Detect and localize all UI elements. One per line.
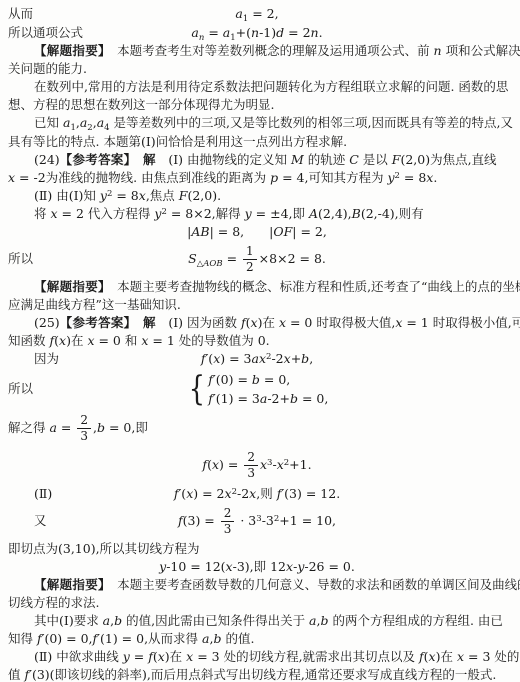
text-run: 在 [441, 649, 457, 664]
text-run: (Ⅱ) 中欲求曲线 [34, 649, 123, 664]
math-variable: n [311, 25, 319, 40]
text-line: 具有等比的特点. 本题第(Ⅰ)问恰恰是利用这一点列出方程求解. [8, 133, 512, 151]
text-run: 的轨迹 [304, 152, 349, 167]
text-run: (Ⅰ) 因为函数 [156, 315, 241, 330]
bold-label: 【参考答案】 解 [60, 152, 156, 167]
text-run: +( [236, 25, 251, 40]
text-run: 本题考查考生对等差数列概念的理解及运用通项公式、前 [105, 43, 434, 58]
formula-line: y-10 = 12(x-3),即 12x-y-26 = 0. [8, 558, 512, 576]
fraction: 23 [244, 451, 258, 480]
text-run: 的值. [221, 631, 254, 646]
math-variable: S [188, 251, 197, 266]
text-run: 切线方程的求法. [8, 595, 99, 610]
text-run: = 0 [105, 420, 131, 435]
text-run: = 2 代入方程得 [58, 206, 155, 221]
math-variable: a [103, 613, 110, 628]
text-line: 关问题的能力. [8, 60, 512, 78]
subscript: △AOB [197, 259, 223, 269]
math-variable: y [123, 649, 130, 664]
math-variable: b [114, 613, 122, 628]
text-line: 即切点为(3,10),所以其切线方程为 [8, 540, 512, 558]
fraction-denominator: 3 [221, 521, 235, 536]
text-run: 知函数 [8, 333, 49, 348]
text-run: = 0, [298, 391, 328, 406]
text-run: (2,4), [318, 206, 352, 221]
text-run: ,解得 [212, 206, 245, 221]
math-variable: b [320, 613, 328, 628]
text-run: (Ⅱ) 由(Ⅰ)知 [34, 188, 100, 203]
text-run: ,即 [131, 420, 147, 435]
fraction-denominator: 2 [243, 259, 257, 274]
formula-line: 又f(3) = 23 · 33-32+1 = 10, [8, 503, 512, 540]
formula-line: 所以通项公式an = a1+(n-1)d = 2n. [8, 24, 512, 43]
text-run: = -2为准线的抛物线. 由焦点到准线的距离为 [15, 170, 270, 185]
document-page: 从而a1 = 2,所以通项公式an = a1+(n-1)d = 2n.【解题指要… [0, 0, 520, 682]
text-run: = [57, 420, 75, 435]
text-run: 所以 [8, 251, 33, 266]
text-run: ) = 2 [193, 486, 224, 501]
text-run: = 2, [248, 6, 278, 21]
math-variable: f′ [93, 631, 100, 646]
math-variable: x [226, 559, 233, 574]
math-variable: y [245, 206, 252, 221]
text-run: 本题主要考查抛物线的概念、标准方程和性质,还考查了“曲线上的点的坐标 [105, 279, 520, 294]
math-variable: AOB [203, 259, 222, 269]
text-run: = [223, 251, 241, 266]
text-line: (24)【参考答案】 解 (Ⅰ) 由抛物线的定义知 M 的轨迹 C 是以 F(2… [8, 151, 512, 169]
text-line: 将 x = 2 代入方程得 y2 = 8×2,解得 y = ±4,即 A(2,4… [8, 205, 512, 223]
text-run: 又 [34, 513, 47, 528]
line-left-label: 所以 [8, 380, 33, 398]
text-line: 知得 f′(0) = 0,f′(1) = 0,从而求得 a,b 的值. [8, 630, 512, 648]
math-variable: x [139, 188, 146, 203]
text-run: = [204, 25, 222, 40]
text-run: (2,0). [187, 188, 221, 203]
bold-label: 【解题指要】 [34, 279, 105, 294]
text-run: ,焦点 [146, 188, 179, 203]
text-run: (1) = 3 [216, 391, 260, 406]
fraction-numerator: 2 [244, 451, 258, 465]
text-run: -3) [233, 559, 250, 574]
text-run: 时取得极大值, [312, 315, 395, 330]
text-line: 已知 a1,a2,a4 是等差数列中的三项,又是等比数列的相邻三项,因而既具有等… [8, 114, 512, 133]
text-run: 12 [270, 559, 286, 574]
math-variable: f′ [208, 372, 215, 387]
text-run: (24) [34, 152, 60, 167]
fraction-numerator: 2 [221, 507, 235, 521]
text-run: . [319, 25, 323, 40]
math-variable: b [290, 391, 298, 406]
text-run: · 3 [236, 513, 256, 528]
text-run: (0) = 0, [44, 631, 92, 646]
text-run: 在 [71, 333, 87, 348]
text-run: | = 2, [292, 224, 327, 239]
text-line: 【解题指要】 本题主要考查抛物线的概念、标准方程和性质,还考查了“曲线上的点的坐… [8, 278, 512, 296]
text-run: . [433, 170, 437, 185]
math-variable: p [270, 170, 278, 185]
text-line: 想、方程的思想在数列这一部分体现得尤为明显. [8, 96, 512, 114]
text-line: 应满足曲线方程”这一基础知识. [8, 296, 512, 314]
text-run: = ±4 [252, 206, 289, 221]
math-variable: M [291, 152, 304, 167]
text-run: 处的导数 [490, 649, 520, 664]
math-variable: AB [191, 224, 209, 239]
math-variable: x [429, 649, 436, 664]
math-variable: n [434, 43, 442, 58]
text-run: = 8×2 [167, 206, 212, 221]
math-variable: ax [252, 351, 267, 366]
text-line: (Ⅱ) 由(Ⅰ)知 y2 = 8x,焦点 F(2,0). [8, 187, 512, 205]
bold-label: 【解题指要】 [34, 43, 105, 58]
text-line: 在数列中,常用的方法是利用待定系数法把问题转化为方程组联立求解的问题. 函数的思 [8, 78, 512, 96]
math-variable: x [457, 649, 464, 664]
math-variable: b [301, 351, 309, 366]
text-run: = 8 [112, 188, 138, 203]
fraction-numerator: 2 [77, 414, 91, 428]
text-run: = 1 [148, 333, 174, 348]
text-run: (即该切线的斜率),而后用点斜式写出切线方程,通常还要求写成直线方程的一般式. [50, 667, 497, 682]
line-left-label: 所以 [8, 250, 33, 268]
text-run: 应满足曲线方程”这一基础知识. [8, 297, 181, 312]
math-variable: x [260, 457, 267, 472]
text-run: 的两个方程组成的方程组. 由已 [329, 613, 503, 628]
text-run: 具有等比的特点. 本题第(Ⅰ)问恰恰是利用这一点列出方程求解. [8, 134, 347, 149]
text-line: 【解题指要】 本题考查考生对等差数列概念的理解及运用通项公式、前 n 项和公式解… [8, 42, 512, 60]
text-run: = 3 [464, 649, 490, 664]
text-run: (2,0)为焦点,直线 [400, 152, 496, 167]
math-variable: x [284, 351, 291, 366]
math-variable: y [387, 170, 394, 185]
text-run: 因为 [34, 351, 59, 366]
math-variable: n [251, 25, 259, 40]
line-left-label: (Ⅱ) [34, 485, 52, 503]
text-line: (Ⅱ) 中欲求曲线 y = f(x)在 x = 3 处的切线方程,就需求出其切点… [8, 648, 512, 666]
text-run: 在 [262, 315, 278, 330]
fraction-numerator: 1 [243, 245, 257, 259]
text-run: = 3 [193, 649, 219, 664]
text-run: (Ⅰ) 由抛物线的定义知 [156, 152, 291, 167]
formula-line: 从而a1 = 2, [8, 5, 512, 24]
text-run: 想、方程的思想在数列这一部分体现得尤为明显. [8, 97, 274, 112]
text-run: (0) = [216, 372, 252, 387]
line-left-label: 又 [34, 512, 47, 530]
text-run: 处的导数值为 0. [175, 333, 270, 348]
text-run: 是等差数列中的三项,又是等比数列的相邻三项,因而既具有等差的特点,又 [110, 115, 513, 130]
text-run: 即切点为(3,10),所以其切线方程为 [8, 541, 200, 556]
math-variable: b [97, 420, 105, 435]
text-run: 在数列中,常用的方法是利用待定系数法把问题转化为方程组联立求解的问题. 函数的思 [34, 79, 508, 94]
text-run: 已知 [34, 115, 63, 130]
text-run: 其中(Ⅰ)要求 [34, 613, 103, 628]
text-run: 所以通项公式 [8, 25, 83, 40]
text-run: 所以 [8, 381, 33, 396]
math-variable: B [352, 206, 361, 221]
text-run: -2 [237, 486, 249, 501]
text-line: 切线方程的求法. [8, 594, 512, 612]
text-run: 时取得极小值,可 [429, 315, 520, 330]
text-run: +1. [289, 457, 311, 472]
text-run: 关问题的能力. [8, 61, 87, 76]
formula-line: |AB| = 8, |OF| = 2, [8, 223, 512, 241]
text-run: 将 [34, 206, 50, 221]
math-variable: f′ [24, 667, 31, 682]
bold-label: 【解题指要】 [34, 577, 105, 592]
math-variable: x [251, 315, 258, 330]
text-run: = 4,可知其方程为 [278, 170, 387, 185]
text-run: -2 [271, 351, 283, 366]
formula-line: (Ⅱ)f′(x) = 2x2-2x,则 f′(3) = 12. [8, 485, 512, 503]
text-run: (Ⅱ) [34, 486, 52, 501]
formula-line: f(x) = 23x3-x2+1. [8, 447, 512, 484]
text-run: 是以 [359, 152, 392, 167]
math-variable: x [87, 333, 94, 348]
math-variable: A [309, 206, 318, 221]
line-left-label: 所以通项公式 [8, 24, 83, 42]
text-run: (3) = [183, 513, 219, 528]
math-variable: a [309, 613, 316, 628]
equation-row: f′(0) = b = 0, [208, 370, 328, 389]
text-line: 其中(Ⅰ)要求 a,b 的值,因此需由已知条件得出关于 a,b 的两个方程组成的… [8, 612, 512, 630]
text-run: = 1 [402, 315, 428, 330]
text-run: +1 = 10, [279, 513, 336, 528]
math-variable: f′ [208, 391, 215, 406]
text-run: ,则 [256, 486, 276, 501]
math-variable: x [212, 457, 219, 472]
text-run: -1) [259, 25, 276, 40]
text-line: 解之得 a = 23,b = 0,即 [8, 410, 512, 447]
text-run: -2+ [267, 391, 290, 406]
formula-line: 所以{f′(0) = b = 0,f′(1) = 3a-2+b = 0, [8, 368, 512, 410]
fraction-denominator: 3 [244, 465, 258, 480]
text-run: 的值,因此需由已知条件得出关于 [122, 613, 309, 628]
equation-system: {f′(0) = b = 0,f′(1) = 3a-2+b = 0, [186, 370, 329, 408]
math-variable: x [225, 486, 232, 501]
left-brace: { [188, 380, 204, 398]
text-run: 解之得 [8, 420, 49, 435]
math-variable: x [158, 649, 165, 664]
fraction: 12 [243, 245, 257, 274]
line-left-label: 因为 [34, 350, 59, 368]
text-run: = 0 [95, 333, 121, 348]
text-run: 本题主要考查函数导数的几何意义、导数的求法和函数的单调区间及曲线的 [105, 577, 520, 592]
fraction-denominator: 3 [77, 428, 91, 443]
text-run: -26 = 0. [304, 559, 354, 574]
text-run: (3) [32, 667, 50, 682]
text-run: | = 8, | [210, 224, 274, 239]
math-variable: OF [273, 224, 292, 239]
text-run: (1) = 0 [100, 631, 144, 646]
math-variable: y [100, 188, 107, 203]
text-line: (25)【参考答案】 解 (Ⅰ) 因为函数 f(x)在 x = 0 时取得极大值… [8, 314, 512, 332]
text-run: (2,-4),则有 [361, 206, 424, 221]
text-run: = [130, 649, 148, 664]
text-run: ,即 [289, 206, 309, 221]
text-run: 知得 [8, 631, 37, 646]
math-variable: b [252, 372, 260, 387]
bold-label: 【参考答案】 解 [60, 315, 156, 330]
text-run: = 8 [400, 170, 426, 185]
fraction: 23 [221, 507, 235, 536]
text-run: = 2 [284, 25, 310, 40]
text-run: ,从而求得 [144, 631, 202, 646]
text-run: 值 [8, 667, 24, 682]
text-run: = 0 [286, 315, 312, 330]
formula-line: 因为f′(x) = 3ax2-2x+b, [8, 350, 512, 368]
equation-row: f′(1) = 3a-2+b = 0, [208, 389, 328, 408]
math-variable: x [277, 457, 284, 472]
text-run: = 0, [260, 372, 290, 387]
math-variable: a [235, 6, 242, 21]
equation-system-rows: f′(0) = b = 0,f′(1) = 3a-2+b = 0, [208, 370, 328, 408]
text-run: 从而 [8, 6, 33, 21]
fraction: 23 [77, 414, 91, 443]
text-line: 知函数 f(x)在 x = 0 和 x = 1 处的导数值为 0. [8, 332, 512, 350]
text-run: ×8×2 = 8. [259, 251, 326, 266]
text-run: ) = 3 [220, 351, 251, 366]
formula-line: 所以S△AOB = 12×8×2 = 8. [8, 241, 512, 278]
text-run: (25) [34, 315, 60, 330]
math-variable: d [276, 25, 284, 40]
text-run: 在 [170, 649, 186, 664]
text-run: 项和公式解决有 [442, 43, 520, 58]
text-run: 处的切线方程,就需求出其切点以及 [220, 649, 419, 664]
text-run: ,即 [250, 559, 270, 574]
math-variable: a [49, 420, 56, 435]
text-line: x = -2为准线的抛物线. 由焦点到准线的距离为 p = 4,可知其方程为 y… [8, 169, 512, 187]
text-line: 【解题指要】 本题主要考查函数导数的几何意义、导数的求法和函数的单调区间及曲线的 [8, 576, 512, 594]
text-run: (3) = 12. [284, 486, 340, 501]
line-left-label: 从而 [8, 5, 33, 23]
math-variable: x [8, 170, 15, 185]
math-variable: x [50, 206, 57, 221]
text-run: ) = [219, 457, 242, 472]
text-run: + [291, 351, 301, 366]
text-line: 值 f′(3)(即该切线的斜率),而后用点斜式写出切线方程,通常还要求写成直线方… [8, 666, 512, 682]
text-run: , [309, 351, 313, 366]
text-run: -3 [262, 513, 274, 528]
math-variable: a [191, 25, 198, 40]
math-variable: C [349, 152, 359, 167]
text-run: 和 [121, 333, 141, 348]
text-run: -10 = 12( [166, 559, 225, 574]
math-variable: x [279, 315, 286, 330]
